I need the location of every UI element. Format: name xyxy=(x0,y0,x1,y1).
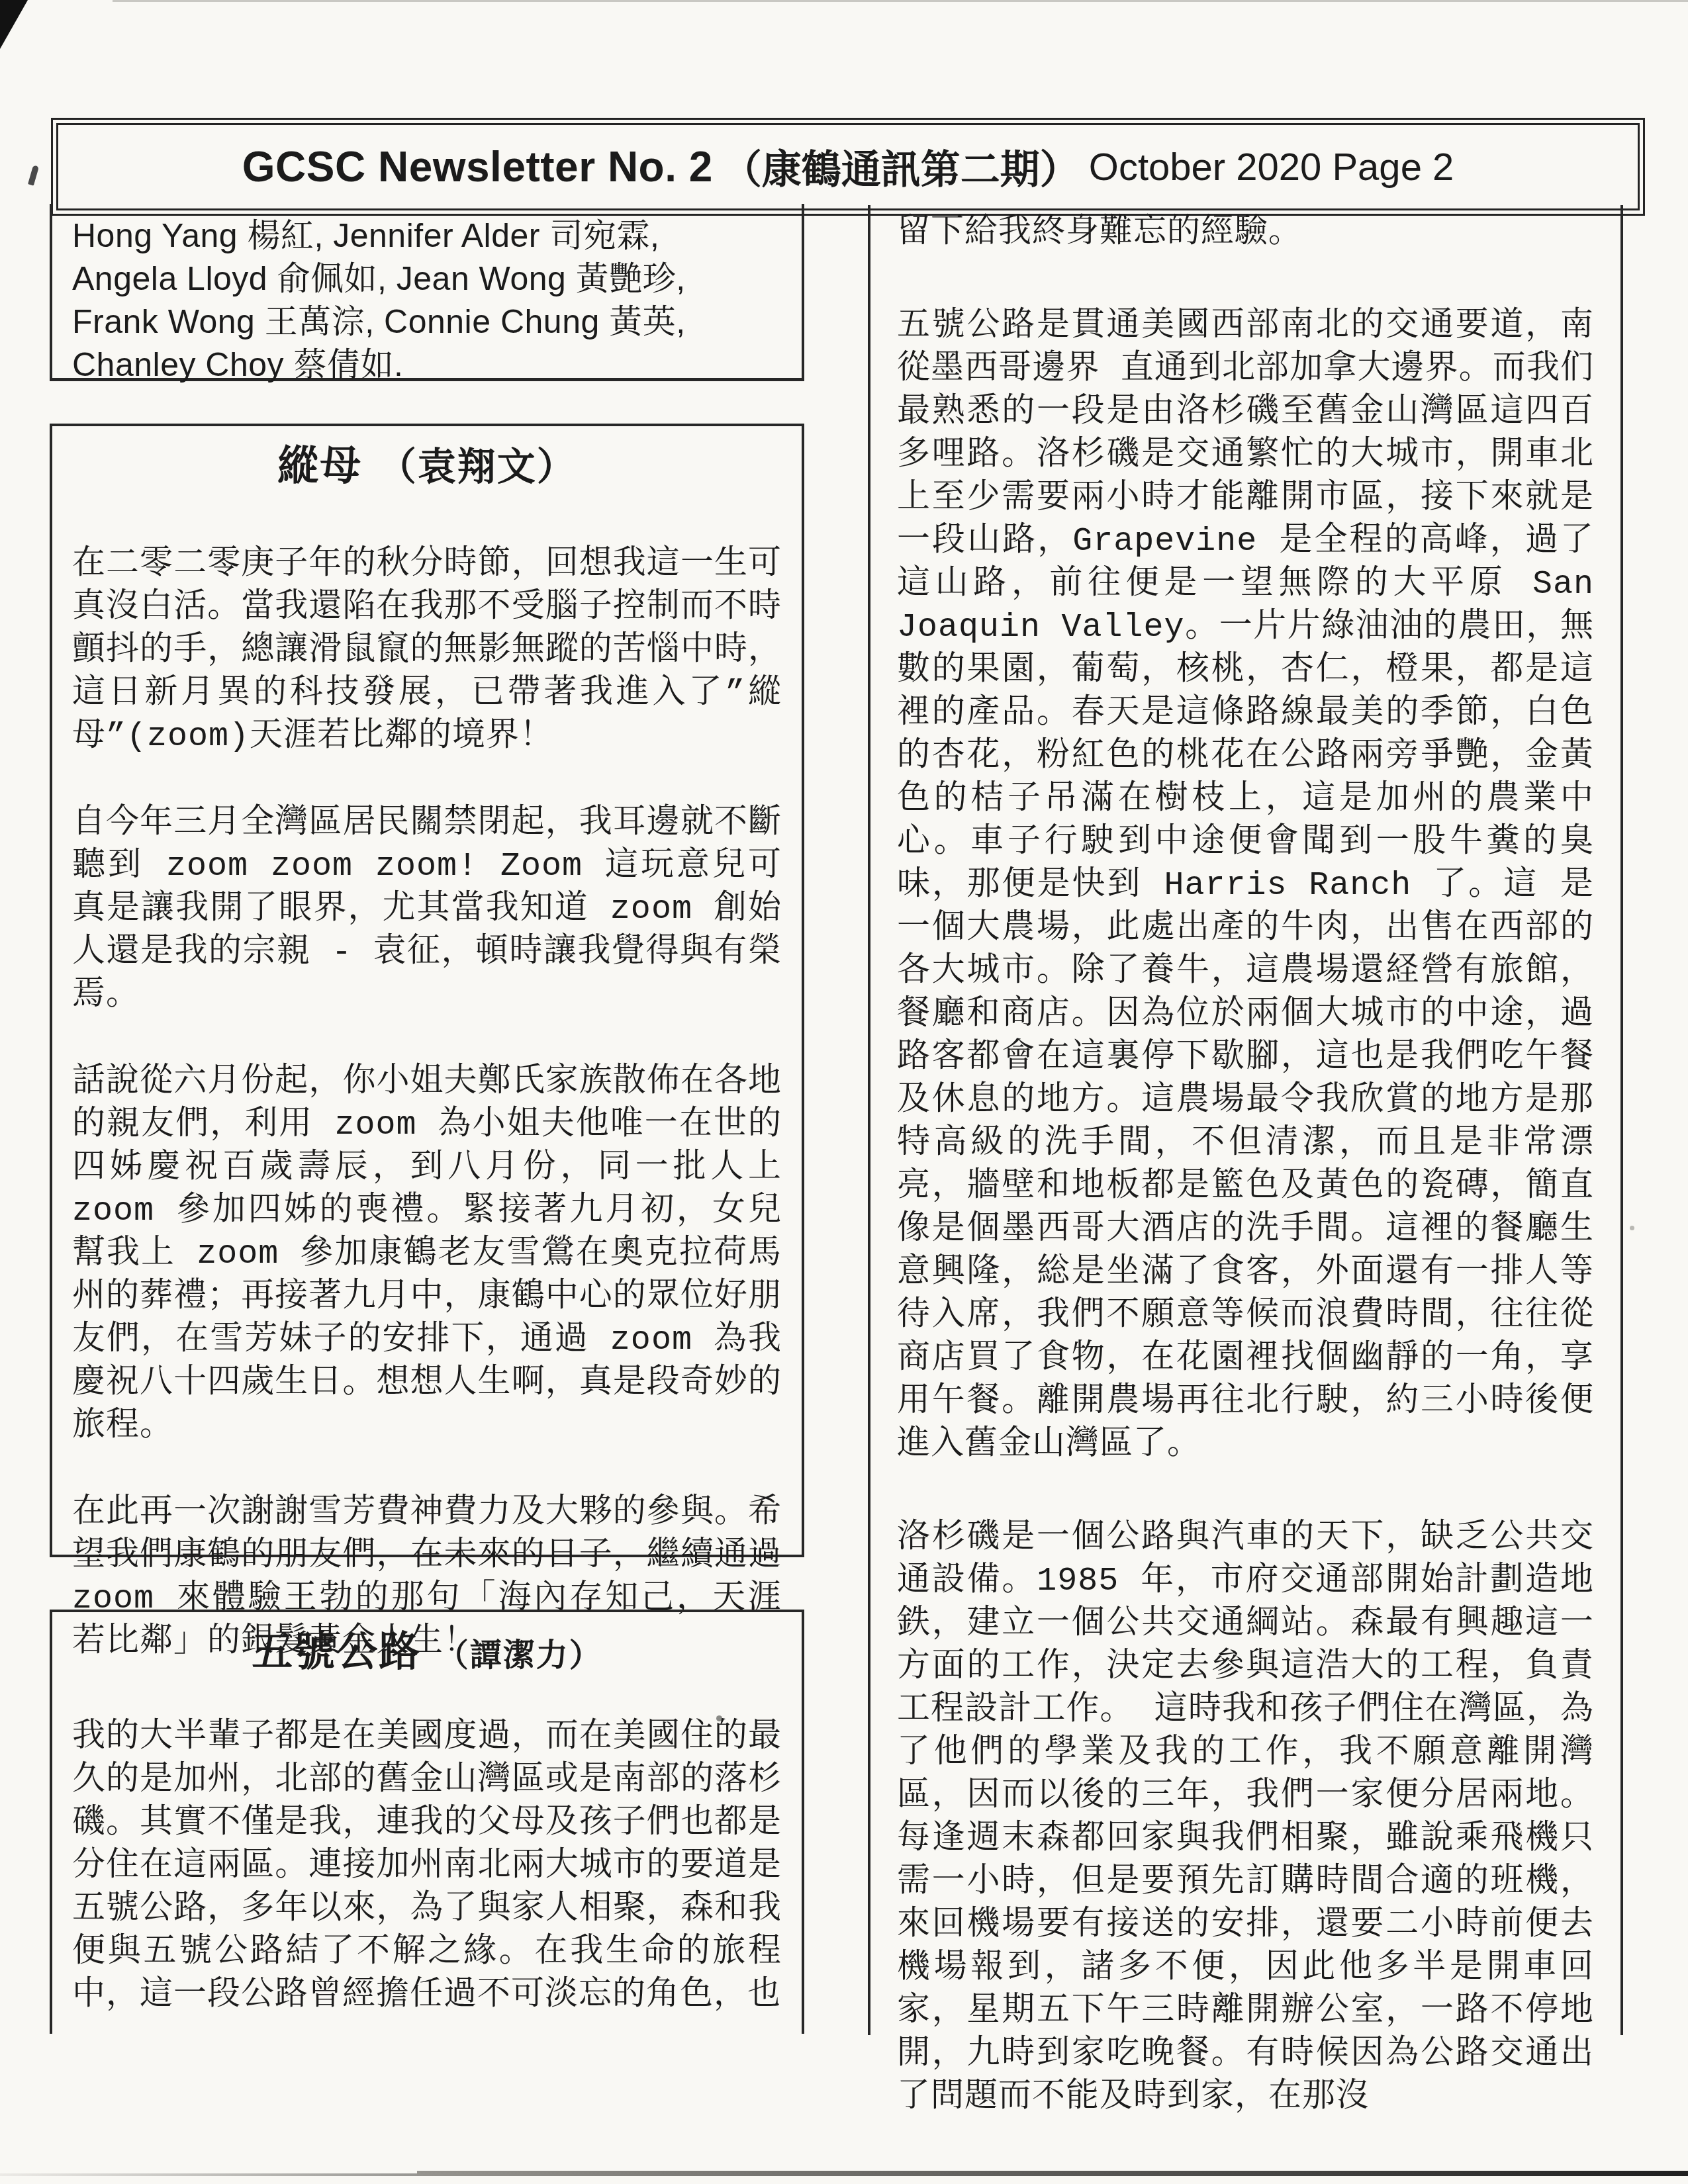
scan-corner-artifact xyxy=(0,0,28,49)
essay-paragraph: 我的大半輩子都是在美國度過，而在美國住的最久的是加州，北部的舊金山灣區或是南部的… xyxy=(72,1716,782,2017)
essay-highway-title: 五號公路 （譚潔力） xyxy=(72,1625,782,1682)
contributor-name-line: Chanley Choy 蔡倩如. xyxy=(72,343,786,387)
essay-paragraph: 留下給我終身難忘的經驗。 xyxy=(897,212,1594,255)
newsletter-page: GCSC Newsletter No. 2 （康鶴通訊第二期） October … xyxy=(0,0,1688,2184)
essay-title-text: 縱母 xyxy=(277,441,362,490)
right-column: 留下給我終身難忘的經驗。五號公路是貫通美國西部南北的交通要道，南從墨西哥邊界 直… xyxy=(868,205,1623,2035)
newsletter-title: GCSC Newsletter No. 2 xyxy=(242,142,713,191)
essay-highway-box: 五號公路 （譚潔力） 我的大半輩子都是在美國度過，而在美國住的最久的是加州，北部… xyxy=(50,1610,804,2034)
contributor-name-line: Hong Yang 楊紅, Jennifer Alder 司宛霖, xyxy=(72,214,786,257)
essay-highway-body: 我的大半輩子都是在美國度過，而在美國住的最久的是加州，北部的舊金山灣區或是南部的… xyxy=(72,1716,782,2017)
essay-zongmu-box: 縱母 （袁翔文） 在二零二零庚子年的秋分時節，回想我這一生可真沒白活。當我還陷在… xyxy=(50,424,804,1557)
essay-paragraph: 話說從六月份起，你小姐夫鄭氏家族散佈在各地的親友們，利用 zoom 為小姐夫他唯… xyxy=(72,1061,782,1448)
newsletter-title-chinese: （康鶴通訊第二期） xyxy=(722,138,1080,195)
scan-top-edge xyxy=(113,0,1688,2)
scan-tick-artifact xyxy=(28,165,39,185)
newsletter-date-page: October 2020 Page 2 xyxy=(1089,145,1454,189)
essay-zongmu-title: 縱母 （袁翔文） xyxy=(72,439,782,493)
essay-author: （譚潔力） xyxy=(437,1637,602,1674)
scan-speck xyxy=(1630,1226,1634,1230)
essay-paragraph: 在二零二零庚子年的秋分時節，回想我這一生可真沒白活。當我還陷在我那不受腦子控制而… xyxy=(72,543,782,758)
essay-title-text: 五號公路 xyxy=(252,1627,421,1676)
scan-bottom-edge-left xyxy=(0,2173,417,2176)
contributors-box: Hong Yang 楊紅, Jennifer Alder 司宛霖,Angela … xyxy=(50,204,804,381)
essay-zongmu-body: 在二零二零庚子年的秋分時節，回想我這一生可真沒白活。當我還陷在我那不受腦子控制而… xyxy=(72,543,782,1664)
header-box: GCSC Newsletter No. 2 （康鶴通訊第二期） October … xyxy=(51,118,1645,216)
contributor-name-line: Frank Wong 王萬淙, Connie Chung 黃英, xyxy=(72,300,786,343)
essay-paragraph: 五號公路是貫通美國西部南北的交通要道，南從墨西哥邊界 直通到北部加拿大邊界。而我… xyxy=(897,305,1594,1467)
contributor-name-line: Angela Lloyd 俞佩如, Jean Wong 黃艷珍, xyxy=(72,257,786,300)
essay-paragraph: 洛杉磯是一個公路與汽車的天下，缺乏公共交通設備。1985 年，市府交通部開始計劃… xyxy=(897,1517,1594,2119)
essay-author: （袁翔文） xyxy=(378,444,577,489)
scan-bottom-edge xyxy=(417,2171,1688,2176)
essay-paragraph: 自今年三月全灣區居民關禁閉起，我耳邊就不斷聽到 zoom zoom zoom! … xyxy=(72,802,782,1017)
